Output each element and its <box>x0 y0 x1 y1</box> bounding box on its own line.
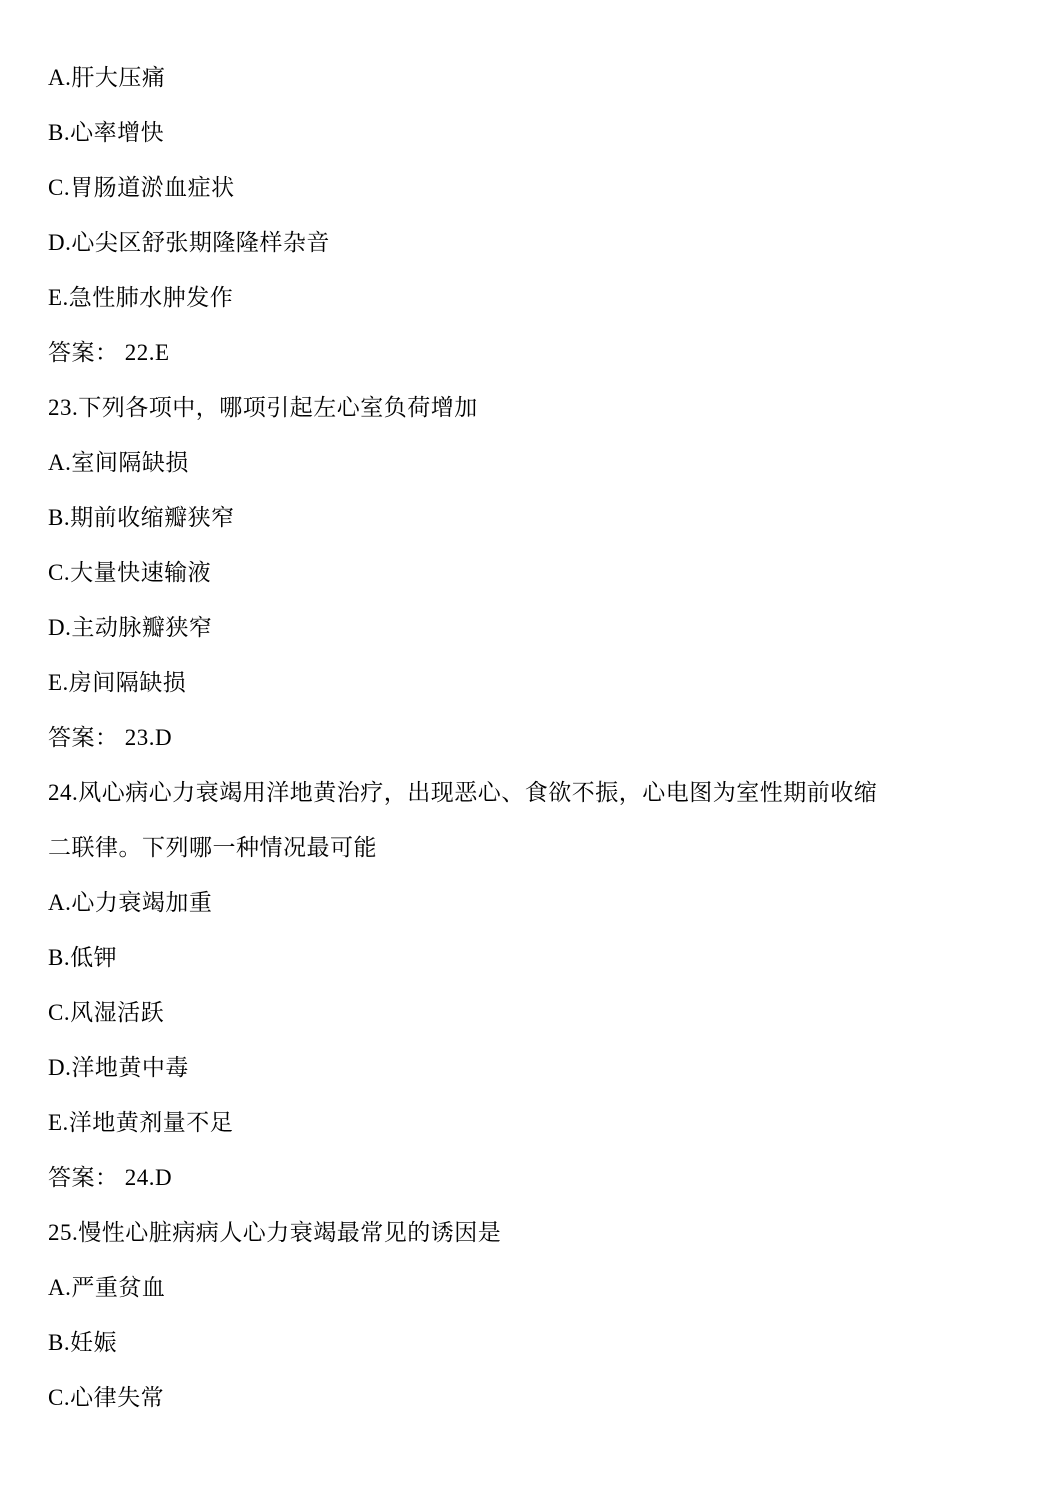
document-line: 答案： 24.D <box>48 1150 1032 1205</box>
document-line: B.低钾 <box>48 930 1032 985</box>
document-line: 24.风心病心力衰竭用洋地黄治疗，出现恶心、食欲不振，心电图为室性期前收缩 <box>48 765 1032 820</box>
document-line: E.房间隔缺损 <box>48 655 1032 710</box>
document-line: 答案： 22.E <box>48 325 1032 380</box>
document-line: D.洋地黄中毒 <box>48 1040 1032 1095</box>
document-line: 23.下列各项中，哪项引起左心室负荷增加 <box>48 380 1032 435</box>
document-line: 答案： 23.D <box>48 710 1032 765</box>
document-page: A.肝大压痛B.心率增快C.胃肠道淤血症状D.心尖区舒张期隆隆样杂音E.急性肺水… <box>0 0 1062 1503</box>
document-line: E.洋地黄剂量不足 <box>48 1095 1032 1150</box>
document-line: A.心力衰竭加重 <box>48 875 1032 930</box>
document-line: B.期前收缩瓣狭窄 <box>48 490 1032 545</box>
document-line: D.心尖区舒张期隆隆样杂音 <box>48 215 1032 270</box>
document-line: 二联律。下列哪一种情况最可能 <box>48 820 1032 875</box>
document-line: C.心律失常 <box>48 1370 1032 1425</box>
document-line: B.妊娠 <box>48 1315 1032 1370</box>
document-line: D.主动脉瓣狭窄 <box>48 600 1032 655</box>
document-line: A.肝大压痛 <box>48 50 1032 105</box>
document-line: E.急性肺水肿发作 <box>48 270 1032 325</box>
document-line: A.严重贫血 <box>48 1260 1032 1315</box>
document-line: A.室间隔缺损 <box>48 435 1032 490</box>
document-line: C.胃肠道淤血症状 <box>48 160 1032 215</box>
document-line: C.大量快速输液 <box>48 545 1032 600</box>
document-line: B.心率增快 <box>48 105 1032 160</box>
document-line: C.风湿活跃 <box>48 985 1032 1040</box>
document-line: 25.慢性心脏病病人心力衰竭最常见的诱因是 <box>48 1205 1032 1260</box>
